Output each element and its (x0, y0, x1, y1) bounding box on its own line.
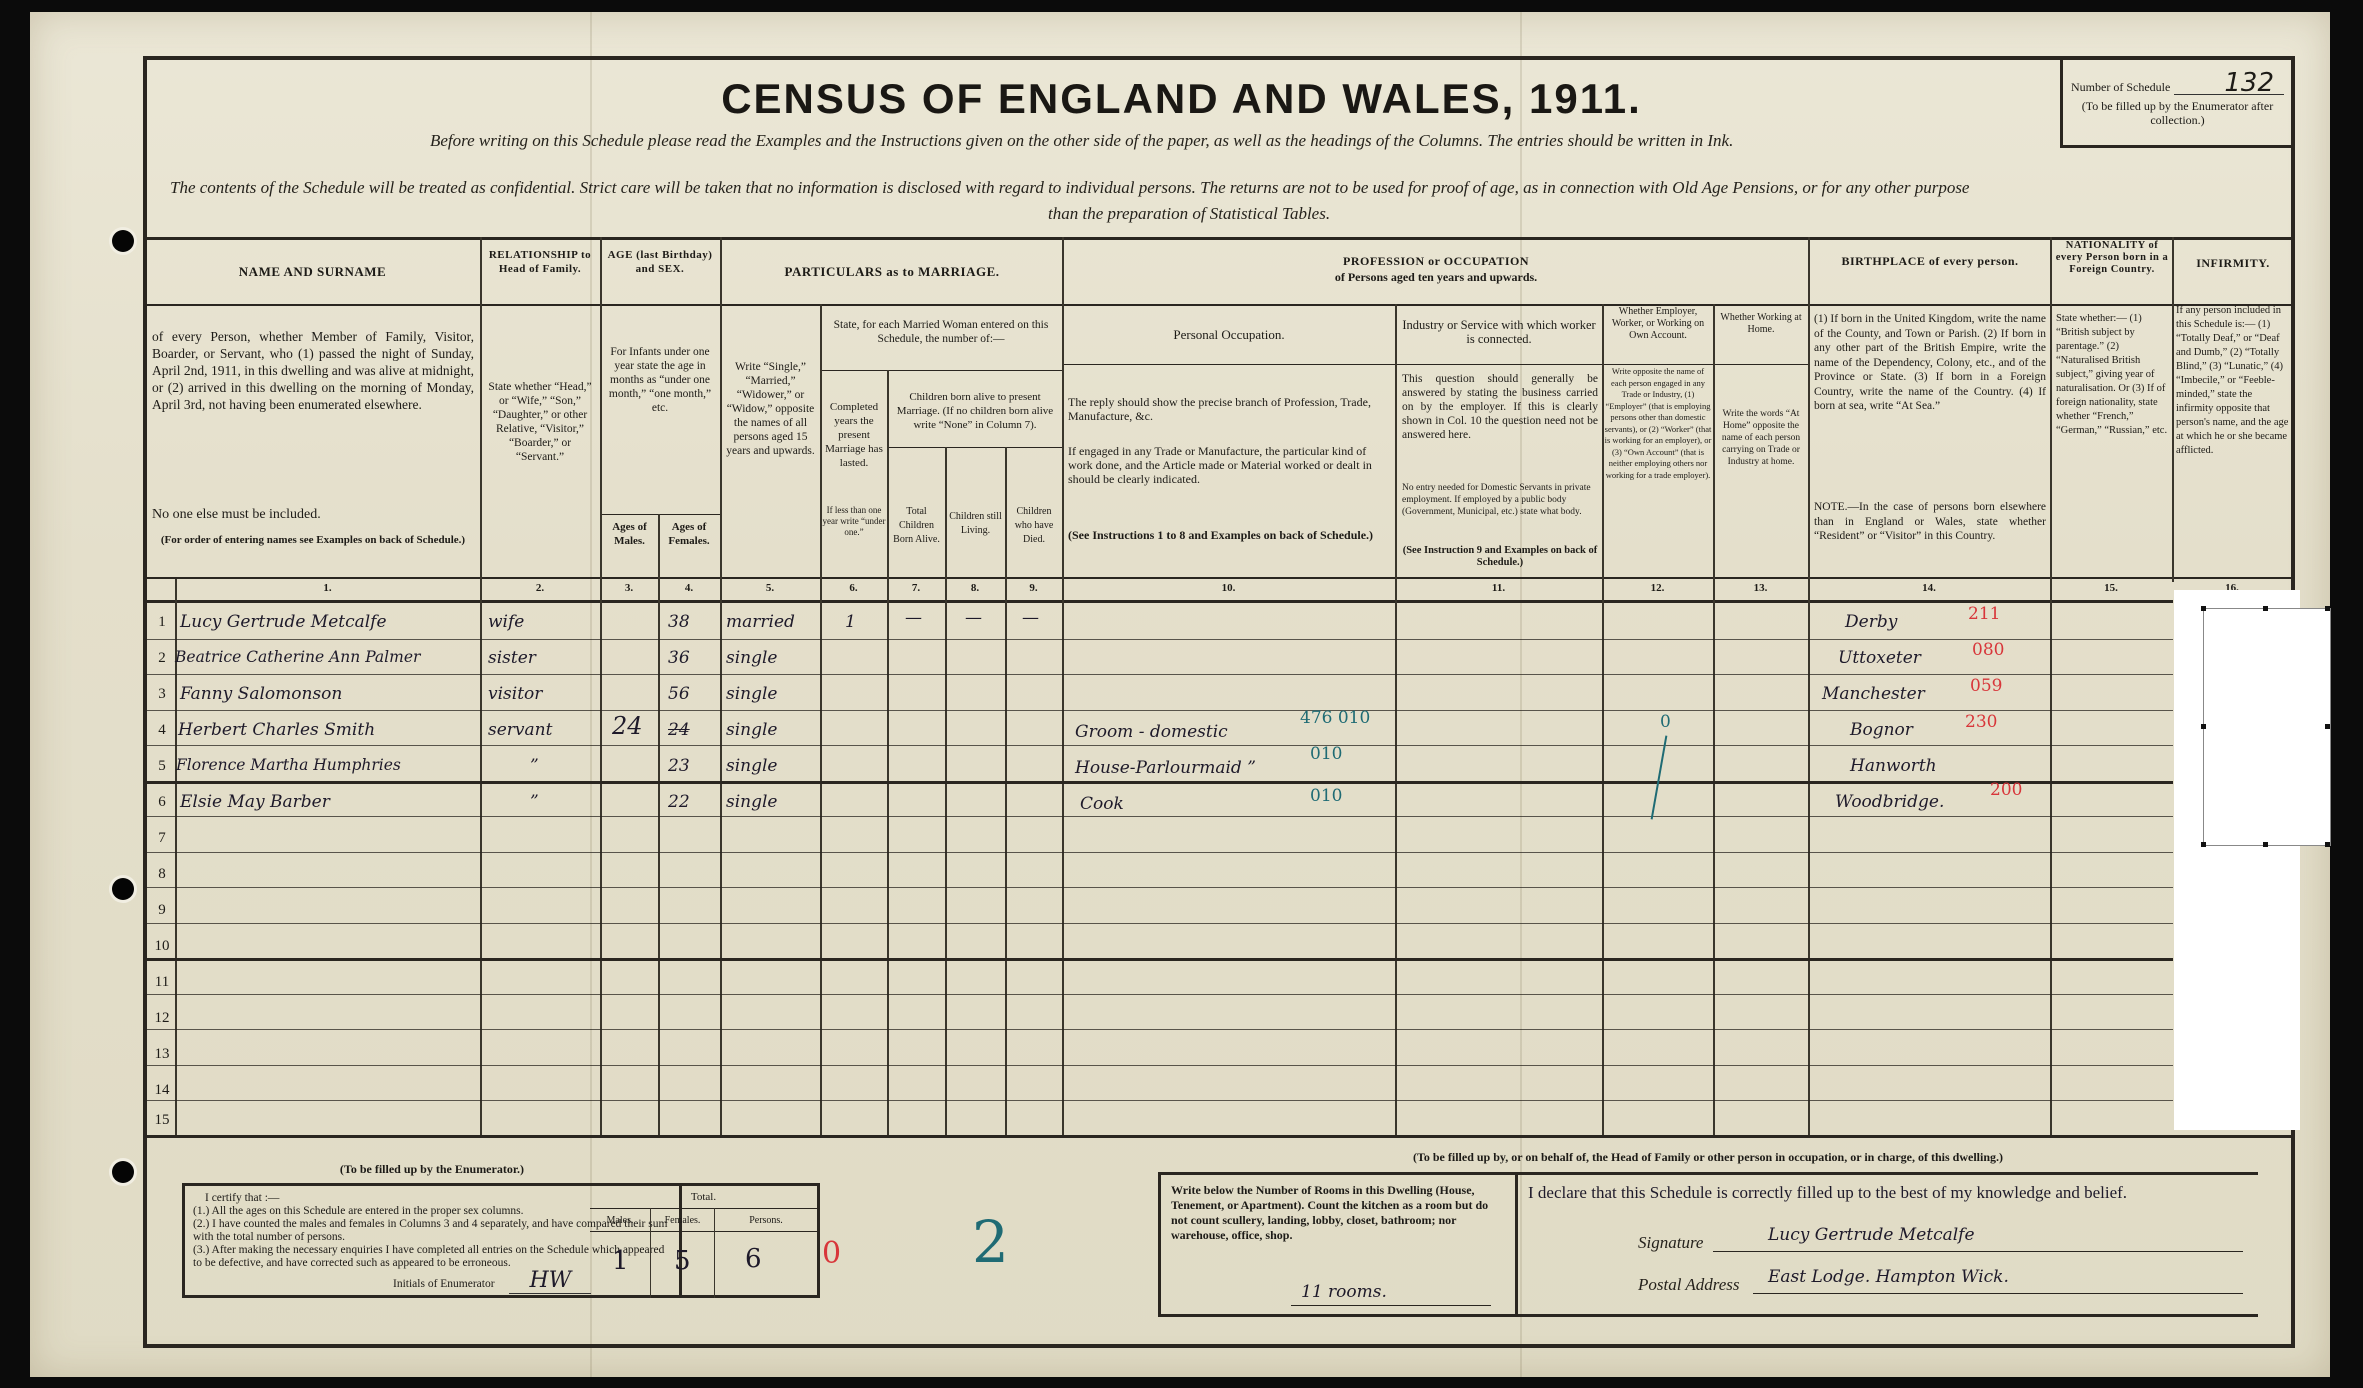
row-number: 9 (150, 902, 174, 919)
col-rule (887, 370, 889, 1135)
totals-label: Total. (590, 1190, 817, 1204)
birthplace-code: 211 (1968, 604, 2000, 624)
birthplace: Uttoxeter (1838, 648, 1921, 668)
row-number: 15 (150, 1112, 174, 1129)
col-rule (1808, 237, 1810, 1135)
person-name: Lucy Gertrude Metcalfe (180, 612, 387, 632)
totals-box: Total. Males. Females. Persons. 1 5 6 (590, 1183, 820, 1298)
row-number: 13 (150, 1046, 174, 1063)
person-occupation: House-Parlourmaid ” (1075, 758, 1256, 778)
enumerator-initials: HW (509, 1268, 591, 1294)
row-rule (143, 958, 2173, 961)
header-industry-desc2: No entry needed for Domestic Servants in… (1402, 482, 1598, 518)
header-name-desc: of every Person, whether Member of Famil… (152, 328, 474, 413)
header-home-desc: Write the words “At Home” opposite the n… (1715, 408, 1807, 468)
row-number: 3 (150, 686, 174, 703)
colnum-3: 3. (600, 582, 658, 594)
resize-handle[interactable] (2201, 606, 2206, 611)
person-name: Florence Martha Humphries (176, 756, 401, 774)
col-rule (480, 237, 482, 1135)
table-bottom-rule (143, 1135, 2295, 1138)
confidential-notice-cont: than the preparation of Statistical Tabl… (1048, 204, 1330, 224)
children-living: — (965, 608, 982, 628)
occupation-code: 010 (1310, 786, 1342, 806)
header-personal-desc2: If engaged in any Trade or Manufacture, … (1068, 444, 1390, 486)
row-number: 10 (150, 938, 174, 955)
person-age-female: 23 (668, 756, 690, 776)
resize-handle[interactable] (2325, 842, 2330, 847)
person-marital: single (726, 756, 778, 776)
birthplace: Bognor (1850, 720, 1913, 740)
children-divider (887, 447, 1062, 448)
col-rule (658, 514, 660, 1135)
header-personal-desc3: (See Instructions 1 to 8 and Examples on… (1068, 528, 1390, 542)
header-completed-note: If less than one year write “under one.” (822, 505, 886, 538)
birthplace: Woodbridge. (1835, 792, 1944, 812)
colnum-4: 4. (658, 582, 720, 594)
occupation-code: 476 010 (1300, 708, 1370, 728)
rooms-line (1291, 1305, 1491, 1306)
birthplace-code: 059 (1970, 676, 2002, 696)
header-birthplace-desc: (1) If born in the United Kingdom, write… (1814, 312, 2046, 414)
person-relationship: sister (488, 648, 536, 668)
resize-handle[interactable] (2263, 606, 2268, 611)
colnum-12: 12. (1602, 582, 1713, 594)
row-rule (143, 852, 2173, 853)
row-number: 11 (150, 974, 174, 991)
col-rule (1395, 304, 1397, 1135)
person-age-female-struck: 24 (668, 720, 690, 740)
head-heading: (To be filled up by, or on behalf of, th… (1158, 1150, 2258, 1164)
totals-divider (590, 1208, 817, 1209)
children-died: — (1022, 608, 1039, 628)
header-profession: PROFESSION or OCCUPATION (1064, 254, 1808, 268)
header-nationality: NATIONALITY of every Person born in a Fo… (2052, 240, 2172, 276)
colnum-15: 15. (2050, 582, 2172, 594)
address-line (1753, 1293, 2243, 1294)
row-rule (143, 923, 2173, 924)
colnum-1: 1. (175, 582, 480, 594)
colnum-9: 9. (1005, 582, 1062, 594)
males-label: Males. (590, 1214, 650, 1228)
person-occupation: Cook (1080, 794, 1124, 814)
header-infirmity-desc: If any person included in this Schedule … (2176, 304, 2290, 458)
punch-hole (112, 1161, 134, 1183)
children-total: — (905, 608, 922, 628)
person-marital: single (726, 648, 778, 668)
person-age-male: 24 (612, 712, 643, 740)
col-rule (945, 447, 947, 1135)
punch-hole (112, 878, 134, 900)
schedule-number-note: (To be filled up by the Enumerator after… (2071, 99, 2284, 127)
birthplace-code: 200 (1990, 780, 2022, 800)
header-employer: Whether Employer, Worker, or Working on … (1604, 306, 1712, 342)
col-rule (1062, 237, 1064, 1135)
header-industry-desc: This question should generally be answer… (1402, 372, 1598, 442)
header-marriage: PARTICULARS as to MARRIAGE. (722, 265, 1062, 279)
row-number: 12 (150, 1010, 174, 1027)
person-name: Elsie May Barber (180, 792, 330, 812)
schedule-number: 132 (2174, 72, 2284, 95)
blue-tally-mark: 2 (972, 1208, 1009, 1276)
header-age-desc: For Infants under one year state the age… (602, 345, 718, 415)
persons-total: 6 (745, 1244, 762, 1274)
occupation-code: 010 (1310, 744, 1342, 764)
rooms-instruction: Write below the Number of Rooms in this … (1171, 1183, 1505, 1243)
age-divider (600, 514, 720, 515)
declaration-box: I declare that this Schedule is correctl… (1518, 1172, 2258, 1317)
header-home: Whether Working at Home. (1715, 312, 1807, 336)
birthplace: Derby (1845, 612, 1897, 632)
header-divider (143, 304, 2295, 306)
person-relationship: visitor (488, 684, 542, 704)
resize-handle[interactable] (2201, 724, 2206, 729)
row-rule (143, 745, 2173, 746)
row-number: 1 (150, 614, 174, 631)
row-rule (143, 1029, 2173, 1030)
person-name: Beatrice Catherine Ann Palmer (175, 648, 420, 666)
person-name: Fanny Salomonson (180, 684, 342, 704)
person-marital: single (726, 792, 778, 812)
colnum-8: 8. (945, 582, 1005, 594)
person-age-female: 36 (668, 648, 690, 668)
person-marital: single (726, 720, 778, 740)
person-occupation: Groom - domestic (1075, 722, 1228, 742)
row-rule (143, 1100, 2173, 1101)
colnum-5: 5. (720, 582, 820, 594)
signature: Lucy Gertrude Metcalfe (1768, 1225, 1975, 1245)
confidential-notice: The contents of the Schedule will be tre… (170, 178, 1969, 198)
rooms-box: Write below the Number of Rooms in this … (1158, 1172, 1518, 1317)
signature-line (1713, 1251, 2243, 1252)
row-number: 14 (150, 1082, 174, 1099)
header-birthplace-note: NOTE.—In the case of persons born elsewh… (1814, 500, 2046, 544)
header-nationality-desc: State whether:— (1) “British subject by … (2056, 312, 2168, 438)
birthplace: Hanworth (1850, 756, 1937, 776)
header-name-note2: (For order of entering names see Example… (152, 533, 474, 547)
married-woman-divider (820, 370, 1062, 371)
birthplace-code: 230 (1965, 712, 1997, 732)
row-number: 4 (150, 722, 174, 739)
person-marital: married (726, 612, 795, 632)
person-age-female: 38 (668, 612, 690, 632)
males-total: 1 (612, 1246, 629, 1276)
colnum-10: 10. (1062, 582, 1395, 594)
females-total: 5 (674, 1246, 691, 1276)
birthplace-code: 080 (1972, 640, 2004, 660)
redaction-selection[interactable] (2203, 608, 2331, 846)
row-rule (143, 887, 2173, 888)
resize-handle[interactable] (2325, 606, 2330, 611)
header-name: NAME AND SURNAME (145, 265, 480, 279)
person-age-female: 56 (668, 684, 690, 704)
header-age: AGE (last Birthday) and SEX. (602, 248, 718, 276)
header-profession-sub: of Persons aged ten years and upwards. (1064, 270, 1808, 284)
header-personal-desc: The reply should show the precise branch… (1068, 395, 1390, 423)
person-name: Herbert Charles Smith (178, 720, 375, 740)
person-relationship: ” (530, 792, 539, 812)
row-number: 5 (150, 758, 174, 775)
initials-label: Initials of Enumerator (393, 1278, 495, 1290)
header-relationship-desc: State whether “Head,” or “Wife,” “Son,” … (484, 380, 596, 464)
colnum-13: 13. (1713, 582, 1808, 594)
row-number: 8 (150, 866, 174, 883)
header-age-males: Ages of Males. (602, 520, 657, 548)
row-rule (143, 710, 2173, 711)
colnum-11: 11. (1395, 582, 1602, 594)
col-rule (1005, 447, 1007, 1135)
persons-label: Persons. (715, 1214, 817, 1228)
header-personal-occupation: Personal Occupation. (1064, 328, 1394, 342)
row-rule (143, 781, 2173, 784)
employer-mark: 0 (1660, 712, 1671, 732)
header-children-total: Total Children Born Alive. (889, 505, 944, 547)
resize-handle[interactable] (2325, 724, 2330, 729)
totals-divider (590, 1231, 817, 1232)
col-rule (2172, 237, 2174, 582)
postal-address: East Lodge. Hampton Wick. (1768, 1267, 2009, 1287)
col-rule (2050, 237, 2052, 1135)
header-infirmity: INFIRMITY. (2174, 256, 2292, 270)
person-relationship: wife (488, 612, 524, 632)
header-employer-desc: Write opposite the name of each person e… (1604, 366, 1712, 481)
resize-handle[interactable] (2201, 842, 2206, 847)
person-marital: single (726, 684, 778, 704)
schedule-number-label: Number of Schedule (2071, 80, 2170, 95)
marriage-years: 1 (845, 612, 856, 632)
person-relationship: servant (488, 720, 552, 740)
signature-label: Signature (1638, 1233, 1703, 1253)
profession-divider (1062, 364, 1808, 365)
females-label: Females. (651, 1214, 714, 1228)
row-rule (143, 674, 2173, 675)
row-number: 6 (150, 794, 174, 811)
colnum-6: 6. (820, 582, 887, 594)
punch-hole (112, 230, 134, 252)
header-industry: Industry or Service with which worker is… (1397, 318, 1601, 346)
person-age-female: 22 (668, 792, 690, 812)
instruction-line: Before writing on this Schedule please r… (430, 131, 1733, 151)
row-number: 7 (150, 830, 174, 847)
header-children-living: Children still Living. (947, 510, 1004, 538)
header-completed-years: Completed years the present Marriage has… (822, 400, 886, 470)
table-top-rule (143, 237, 2295, 240)
address-label: Postal Address (1638, 1275, 1740, 1295)
colnum-bottom-rule (143, 600, 2173, 603)
birthplace: Manchester (1822, 684, 1925, 704)
row-rule (143, 816, 2173, 817)
schedule-number-box: Number of Schedule 132 (To be filled up … (2060, 58, 2292, 148)
header-age-females: Ages of Females. (660, 520, 718, 548)
colnum-top-rule (143, 577, 2295, 579)
rooms-count: 11 rooms. (1301, 1285, 1387, 1300)
header-marriage-write: Write “Single,” “Married,” “Widower,” or… (722, 360, 819, 458)
red-tally-mark: 0 (822, 1236, 841, 1271)
header-industry-desc3: (See Instruction 9 and Examples on back … (1402, 545, 1598, 569)
resize-handle[interactable] (2263, 842, 2268, 847)
row-rule (143, 639, 2173, 640)
colnum-2: 2. (480, 582, 600, 594)
colnum-14: 14. (1808, 582, 2050, 594)
row-rule (143, 1065, 2173, 1066)
person-relationship: ” (530, 756, 539, 776)
header-children-died: Children who have Died. (1007, 505, 1061, 547)
document-title: CENSUS OF ENGLAND AND WALES, 1911. (0, 75, 2363, 123)
row-rule (143, 994, 2173, 995)
enumerator-heading: (To be filled up by the Enumerator.) (182, 1162, 682, 1176)
row-number: 2 (150, 650, 174, 667)
header-married-woman: State, for each Married Woman entered on… (822, 318, 1060, 346)
declaration-text: I declare that this Schedule is correctl… (1528, 1183, 2127, 1203)
header-birthplace: BIRTHPLACE of every person. (1810, 254, 2050, 268)
header-relationship: RELATIONSHIP to Head of Family. (482, 248, 598, 276)
header-children: Children born alive to present Marriage.… (889, 390, 1061, 432)
colnum-7: 7. (887, 582, 945, 594)
header-name-note: No one else must be included. (152, 508, 474, 522)
